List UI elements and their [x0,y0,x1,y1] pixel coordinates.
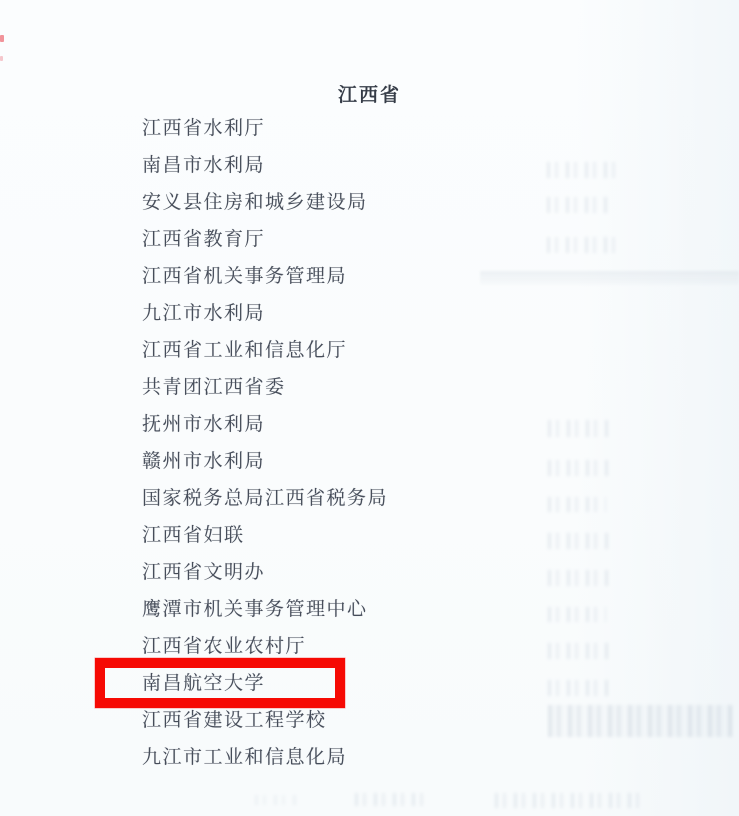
list-item: 九江市工业和信息化局 [0,739,739,776]
list-item: 赣州市水利局 [0,443,739,480]
list-item: 江西省妇联 [0,517,739,554]
list-item: 江西省农业农村厅 [0,628,739,665]
bleedthrough-mark [548,497,606,512]
list-item: 抚州市水利局 [0,406,739,443]
bleedthrough-mark [548,460,610,476]
bleedthrough-mark [548,607,606,622]
list-item: 南昌市水利局 [0,147,739,184]
bleedthrough-mark [548,533,608,549]
bleedthrough-mark [548,420,608,437]
list-item: 国家税务总局江西省税务局 [0,480,739,517]
list-item: 江西省工业和信息化厅 [0,332,739,369]
province-heading: 江西省 [0,80,739,107]
bleedthrough-mark [547,162,615,178]
list-item: 安义县住房和城乡建设局 [0,184,739,221]
bleedthrough-mark [355,793,430,806]
scan-artifact [0,56,3,61]
list-item: 江西省文明办 [0,554,739,591]
bleedthrough-mark [548,680,610,696]
bleedthrough-mark [495,793,640,808]
document-page: 江西省 江西省水利厅 南昌市水利局 安义县住房和城乡建设局 江西省教育厅 江西省… [0,0,739,816]
bleedthrough-mark [548,643,608,659]
list-item: 九江市水利局 [0,295,739,332]
bleedthrough-mark [548,570,610,586]
list-item: 江西省水利厅 [0,110,739,147]
bleedthrough-mark [547,197,609,213]
list-item: 共青团江西省委 [0,369,739,406]
bleedthrough-mark [548,705,733,737]
list-item: 鹰潭市机关事务管理中心 [0,591,739,628]
list-item-highlighted: 南昌航空大学 [0,665,739,702]
list-item: 江西省教育厅 [0,221,739,258]
bleedthrough-mark [255,795,300,805]
scan-streak [480,271,739,285]
bleedthrough-mark [547,237,617,253]
organization-list: 江西省水利厅 南昌市水利局 安义县住房和城乡建设局 江西省教育厅 江西省机关事务… [0,110,739,776]
scan-artifact [0,35,4,42]
